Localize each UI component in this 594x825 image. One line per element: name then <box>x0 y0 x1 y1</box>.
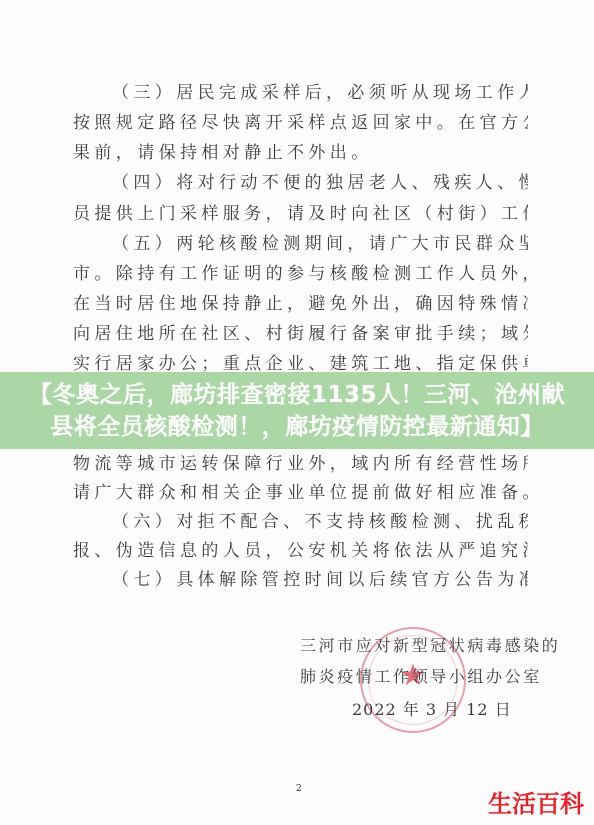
paragraph-line: （三）居民完成采样后，必须听从现场工作人员统一指挥， <box>112 82 528 104</box>
paragraph-line: 向居住地所在社区、村街履行备案审批手续；域外通勤人员一律 <box>73 323 528 345</box>
paragraph-line: 请广大群众和相关企事业单位提前做好相应准备。 <box>73 482 528 504</box>
watermark-logo: 生活百科 <box>488 784 584 819</box>
paragraph-line: （四）将对行动不便的独居老人、残疾人、慢性病患者等人 <box>112 172 528 194</box>
paragraph-line: 报、伪造信息的人员，公安机关将依法从严追究法律责任。 <box>73 540 528 562</box>
paragraph-line: （七）具体解除管控时间以后续官方公告为准。 <box>112 569 528 591</box>
paragraph-line: 在当时居住地保持静止，避免外出，确因特殊情况需离开三河的， <box>73 293 528 315</box>
headline-line-2: 县将全员核酸检测！，廊坊疫情防控最新通知】 <box>50 411 544 443</box>
signature-organization-line-1: 三河市应对新型冠状病毒感染的 <box>300 636 560 656</box>
paragraph-line: （六）对拒不配合、不支持核酸检测、扰乱秩序、瞒报、谎 <box>112 511 528 533</box>
paragraph-line: 按照规定路径尽快离开采样点返回家中。在官方公布核酸检测结 <box>73 112 528 134</box>
page-number: 2 <box>296 784 302 794</box>
signature-date: 2022 年 3 月 12 日 <box>352 697 512 720</box>
headline-banner: 【冬奥之后，廊坊排查密接1135人！三河、沧州献 县将全员核酸检测！，廊坊疫情防… <box>0 372 594 449</box>
paragraph-line: （五）两轮核酸检测期间，请广大市民群众坚持非必要不离 <box>112 233 528 255</box>
paragraph-line: 果前，请保持相对静止不外出。 <box>73 142 528 164</box>
paragraph-line: 员提供上门采样服务，请及时向社区（村街）工作人员说明情况。 <box>73 203 528 225</box>
headline-line-1: 【冬奥之后，廊坊排查密接1135人！三河、沧州献 <box>29 379 565 411</box>
signature-organization-line-2: 肺炎疫情工作领导小组办公室 <box>300 667 560 687</box>
paragraph-line: 市。除持有工作证明的参与核酸检测工作人员外，其余人员严格 <box>73 263 528 285</box>
paragraph-line: 物流等城市运转保障行业外，域内所有经营性场所一律暂停营业。 <box>73 453 528 475</box>
